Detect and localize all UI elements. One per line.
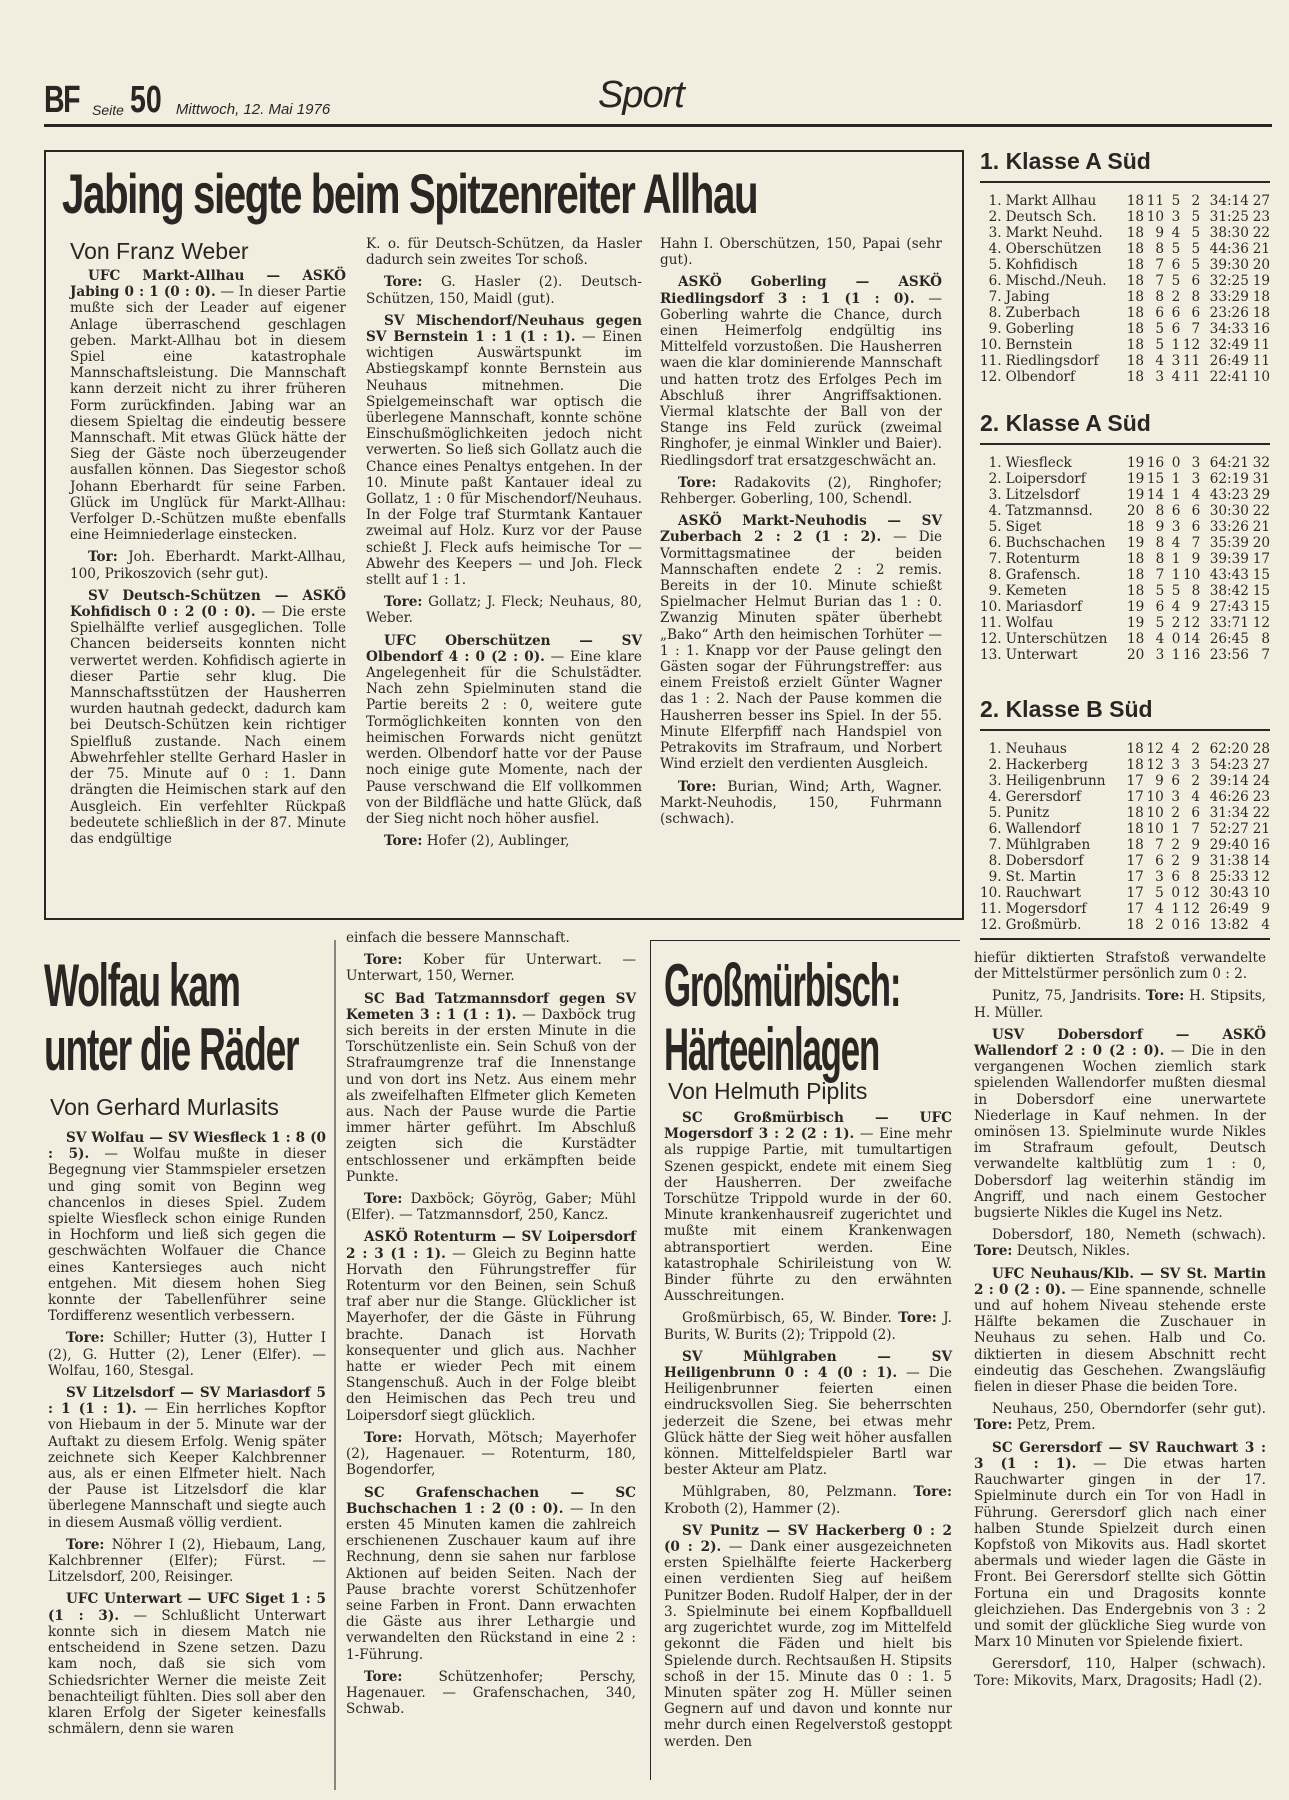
standings-cell: 6 bbox=[1164, 773, 1180, 789]
standings-cell: 23 bbox=[1249, 209, 1270, 225]
standings-cell: Mogersdorf bbox=[1002, 901, 1124, 917]
standings-cell: 43:23 bbox=[1200, 487, 1249, 503]
standings-row: 12.Unterschützen18401426:458 bbox=[980, 631, 1270, 647]
standings-cell: 18 bbox=[1124, 741, 1144, 757]
article-paragraph: Tore: G. Hasler (2). Deutsch-Schützen, 1… bbox=[366, 274, 642, 306]
standings-cell: 5 bbox=[1144, 615, 1164, 631]
standings-cell: 18 bbox=[1249, 289, 1270, 305]
standings-cell: 6 bbox=[1164, 869, 1180, 885]
standings-cell: 18 bbox=[1124, 369, 1144, 385]
standings-row: 3.Litzelsdorf19141443:2329 bbox=[980, 487, 1270, 503]
standings-cell: 15 bbox=[1249, 583, 1270, 599]
standings-cell: 4 bbox=[1164, 369, 1180, 385]
paragraph-text: einfach die bessere Mannschaft. bbox=[346, 930, 570, 946]
article1-top-rule bbox=[44, 150, 964, 152]
standings-cell: Deutsch Sch. bbox=[1002, 209, 1125, 225]
standings-row: 9.St. Martin1736825:3312 bbox=[980, 869, 1270, 885]
standings-cell: 31:38 bbox=[1200, 853, 1249, 869]
standings-cell: Unterschützen bbox=[1002, 631, 1125, 647]
standings-cell: 12 bbox=[1249, 869, 1270, 885]
standings-cell: 6. bbox=[980, 273, 1002, 289]
article3-top-rule bbox=[650, 940, 960, 941]
match-heading: Tore: bbox=[384, 274, 422, 290]
standings-cell: 1 bbox=[1164, 551, 1180, 567]
section-title: Sport bbox=[598, 74, 684, 117]
standings-cell: Neuhaus bbox=[1002, 741, 1124, 757]
standings-cell: 12 bbox=[1180, 615, 1200, 631]
standings-grid: 1.Markt Allhau18115234:14272.Deutsch Sch… bbox=[980, 193, 1270, 385]
newspaper-logo: BF bbox=[44, 82, 74, 118]
standings-cell: 7 bbox=[1249, 647, 1270, 663]
standings-cell: 8 bbox=[1180, 583, 1200, 599]
standings-cell: 3 bbox=[1144, 869, 1164, 885]
standings-cell: 5 bbox=[1180, 257, 1200, 273]
paragraph-text: — Schlußlicht Unterwart konnte sich in d… bbox=[48, 1608, 326, 1737]
standings-cell: 19 bbox=[1124, 599, 1144, 615]
standings-title: 2. Klasse B Süd bbox=[980, 696, 1270, 723]
paragraph-text: Neuhaus, 250, Oberndorfer (sehr gut). bbox=[992, 1401, 1266, 1417]
standings-cell: 62:20 bbox=[1200, 741, 1249, 757]
standings-cell: 54:23 bbox=[1200, 757, 1249, 773]
standings-cell: 11 bbox=[1144, 193, 1164, 209]
standings-cell: 46:26 bbox=[1200, 789, 1249, 805]
standings-row: 1.Neuhaus18124262:2028 bbox=[980, 741, 1270, 757]
article2-column-2: einfach die bessere Mannschaft.Tore: Kob… bbox=[346, 930, 636, 1723]
standings-cell: 27 bbox=[1249, 193, 1270, 209]
standings-row: 11.Wolfau19521233:7112 bbox=[980, 615, 1270, 631]
standings-cell: 9. bbox=[980, 869, 1002, 885]
standings-cell: 4 bbox=[1144, 631, 1164, 647]
standings-cell: 6 bbox=[1164, 305, 1180, 321]
standings-row: 6.Mischd./Neuh.1875632:2519 bbox=[980, 273, 1270, 289]
goals-label: Tore: bbox=[1146, 988, 1184, 1004]
standings-cell: 5 bbox=[1180, 209, 1200, 225]
standings-cell: 32:25 bbox=[1200, 273, 1249, 289]
standings-cell: 17 bbox=[1124, 789, 1144, 805]
article1-byline: Von Franz Weber bbox=[70, 238, 249, 265]
standings-row: 8.Grafensch.18711043:4315 bbox=[980, 567, 1270, 583]
standings-cell: 6 bbox=[1144, 305, 1164, 321]
standings-grid: 1.Wiesfleck19160364:21322.Loipersdorf191… bbox=[980, 455, 1270, 663]
standings-cell: 2. bbox=[980, 757, 1002, 773]
standings-cell: 20 bbox=[1124, 503, 1144, 519]
match-heading: Tore: bbox=[364, 952, 402, 968]
standings-cell: 2 bbox=[1164, 289, 1180, 305]
paragraph-text: — Die erste Spielhälfte verlief ausgegli… bbox=[70, 604, 346, 847]
paragraph-text: Kroboth (2), Hammer (2). bbox=[664, 1501, 840, 1517]
issue-date: Mittwoch, 12. Mai 1976 bbox=[176, 101, 330, 118]
page-label: Seite bbox=[92, 102, 124, 118]
standings-cell: 8 bbox=[1249, 631, 1270, 647]
standings-row: 5.Kohfidisch1876539:3020 bbox=[980, 257, 1270, 273]
standings-row: 10.Bernstein18511232:4911 bbox=[980, 337, 1270, 353]
standings-title: 1. Klasse A Süd bbox=[980, 148, 1270, 175]
standings-rule bbox=[980, 181, 1270, 183]
standings-cell: 26:49 bbox=[1200, 353, 1249, 369]
standings-cell: 27 bbox=[1249, 757, 1270, 773]
standings-cell: 9 bbox=[1144, 773, 1164, 789]
standings-cell: 18 bbox=[1249, 305, 1270, 321]
standings-cell: 62:19 bbox=[1200, 471, 1249, 487]
standings-cell: 12. bbox=[980, 917, 1002, 933]
standings-cell: 10. bbox=[980, 337, 1002, 353]
standings-cell: 18 bbox=[1124, 583, 1144, 599]
paragraph-text: Gerersdorf, 110, Halper (schwach). Tore:… bbox=[974, 1656, 1266, 1688]
standings-cell: 14 bbox=[1144, 487, 1164, 503]
standings-cell: 6 bbox=[1180, 805, 1200, 821]
standings-cell: 12 bbox=[1144, 741, 1164, 757]
article-paragraph: Tore: Schiller; Hutter (3), Hutter I (2)… bbox=[48, 1330, 326, 1379]
paragraph-text: Petz, Prem. bbox=[1012, 1417, 1095, 1433]
standings-row: 9.Kemeten1855838:4215 bbox=[980, 583, 1270, 599]
standings-cell: 26:45 bbox=[1200, 631, 1249, 647]
standings-cell: 20 bbox=[1124, 647, 1144, 663]
standings-bottom-rule bbox=[980, 938, 1270, 940]
standings-cell: 10 bbox=[1180, 567, 1200, 583]
paragraph-text: hiefür diktierten Strafstoß verwandelte … bbox=[974, 950, 1266, 982]
standings-cell: 18 bbox=[1124, 353, 1144, 369]
standings-row: 12.Olbendorf18341122:4110 bbox=[980, 369, 1270, 385]
standings-cell: 4 bbox=[1164, 535, 1180, 551]
standings-cell: Rotenturm bbox=[1002, 551, 1125, 567]
standings-cell: 31:34 bbox=[1200, 805, 1249, 821]
standings-cell: 5. bbox=[980, 805, 1002, 821]
match-heading: Tore: bbox=[384, 833, 422, 849]
standings-row: 3.Heiligenbrunn1796239:1424 bbox=[980, 773, 1270, 789]
standings-cell: 9 bbox=[1249, 901, 1270, 917]
article-paragraph: Gerersdorf, 110, Halper (schwach). Tore:… bbox=[974, 1656, 1266, 1688]
standings-cell: 43:43 bbox=[1200, 567, 1249, 583]
standings-row: 2.Hackerberg18123354:2327 bbox=[980, 757, 1270, 773]
article-paragraph: SV Mühlgraben — SV Heiligenbrunn 0 : 4 (… bbox=[664, 1349, 952, 1479]
standings-cell: 23:26 bbox=[1200, 305, 1249, 321]
standings-table: 2. Klasse A Süd1.Wiesfleck19160364:21322… bbox=[980, 410, 1270, 663]
standings-cell: 4 bbox=[1144, 901, 1164, 917]
article-paragraph: Dobersdorf, 180, Nemeth (schwach). Tore:… bbox=[974, 1227, 1266, 1259]
standings-cell: 10 bbox=[1144, 805, 1164, 821]
standings-cell: 1 bbox=[1164, 567, 1180, 583]
standings-cell: 8 bbox=[1180, 869, 1200, 885]
standings-cell: Punitz bbox=[1002, 805, 1124, 821]
paragraph-text: — Goberling wahrte die Chance, durch ein… bbox=[660, 291, 942, 469]
article1-bottom-rule bbox=[44, 918, 964, 920]
standings-cell: 3 bbox=[1144, 369, 1164, 385]
standings-cell: 7 bbox=[1180, 821, 1200, 837]
article-paragraph: K. o. für Deutsch-Schützen, da Hasler da… bbox=[366, 236, 642, 268]
standings-cell: 4 bbox=[1180, 789, 1200, 805]
paragraph-text: — Daxböck trug sich bereits in der erste… bbox=[346, 1007, 636, 1185]
standings-cell: 2. bbox=[980, 209, 1002, 225]
standings-cell: 16 bbox=[1249, 837, 1270, 853]
standings-cell: 25:33 bbox=[1200, 869, 1249, 885]
paragraph-text: — Die in den vergangenen Wochen ziemlich… bbox=[974, 1043, 1266, 1221]
standings-cell: 22 bbox=[1249, 805, 1270, 821]
article-paragraph: UFC Oberschützen — SV Olbendorf 4 : 0 (2… bbox=[366, 633, 642, 827]
standings-rule bbox=[980, 729, 1270, 731]
standings-cell: 6 bbox=[1144, 599, 1164, 615]
standings-cell: Kohfidisch bbox=[1002, 257, 1125, 273]
standings-row: 6.Buchschachen1984735:3920 bbox=[980, 535, 1270, 551]
article-paragraph: Tore: Daxböck; Göyrög, Gaber; Mühl (Elfe… bbox=[346, 1191, 636, 1223]
standings-cell: 4. bbox=[980, 241, 1002, 257]
standings-cell: 11 bbox=[1249, 353, 1270, 369]
standings-cell: 8. bbox=[980, 305, 1002, 321]
standings-cell: 17 bbox=[1124, 901, 1144, 917]
standings-cell: 18 bbox=[1124, 289, 1144, 305]
standings-cell: 8 bbox=[1144, 289, 1164, 305]
standings-cell: Wolfau bbox=[1002, 615, 1125, 631]
standings-cell: 5 bbox=[1164, 241, 1180, 257]
standings-cell: 11. bbox=[980, 901, 1002, 917]
standings-cell: Kemeten bbox=[1002, 583, 1125, 599]
standings-row: 1.Markt Allhau18115234:1427 bbox=[980, 193, 1270, 209]
standings-cell: Litzelsdorf bbox=[1002, 487, 1125, 503]
standings-cell: 8 bbox=[1144, 503, 1164, 519]
standings-cell: 8 bbox=[1144, 551, 1164, 567]
standings-cell: Loipersdorf bbox=[1002, 471, 1125, 487]
standings-cell: 7. bbox=[980, 289, 1002, 305]
standings-cell: 33:71 bbox=[1200, 615, 1249, 631]
standings-cell: 16 bbox=[1180, 917, 1200, 933]
match-heading: Tore: bbox=[364, 1430, 402, 1446]
standings-cell: 2 bbox=[1164, 805, 1180, 821]
standings-cell: 5 bbox=[1144, 321, 1164, 337]
article-paragraph: SV Mischendorf/Neuhaus gegen SV Bernstei… bbox=[366, 313, 642, 588]
article-paragraph: SC Grafenschachen — SC Buchschachen 1 : … bbox=[346, 1485, 636, 1663]
standings-cell: 6 bbox=[1180, 273, 1200, 289]
standings-row: 12.Großmürb.18201613:824 bbox=[980, 917, 1270, 933]
standings-cell: 0 bbox=[1164, 917, 1180, 933]
standings-cell: 3 bbox=[1180, 757, 1200, 773]
standings-cell: 18 bbox=[1124, 567, 1144, 583]
standings-cell: 30:30 bbox=[1200, 503, 1249, 519]
standings-cell: 4 bbox=[1144, 353, 1164, 369]
article-paragraph: einfach die bessere Mannschaft. bbox=[346, 930, 636, 946]
paragraph-text: Deutsch, Nikles. bbox=[1012, 1243, 1130, 1259]
paragraph-text: Dobersdorf, 180, Nemeth (schwach). bbox=[992, 1227, 1266, 1243]
standings-cell: 1 bbox=[1164, 487, 1180, 503]
standings-cell: 64:21 bbox=[1200, 455, 1249, 471]
standings-cell: 29 bbox=[1249, 487, 1270, 503]
standings-cell: 11 bbox=[1249, 337, 1270, 353]
article2-headline-line-2: unter die Räder bbox=[44, 1020, 298, 1080]
standings-cell: 20 bbox=[1249, 535, 1270, 551]
standings-cell: 29:40 bbox=[1200, 837, 1249, 853]
paragraph-text: — Eine klare Angelegenheit für die Schul… bbox=[366, 649, 642, 827]
article-paragraph: USV Dobersdorf — ASKÖ Wallendorf 2 : 0 (… bbox=[974, 1027, 1266, 1221]
standings-cell: 2 bbox=[1144, 917, 1164, 933]
standings-row: 13.Unterwart20311623:567 bbox=[980, 647, 1270, 663]
standings-cell: 2 bbox=[1164, 853, 1180, 869]
standings-cell: 12 bbox=[1249, 615, 1270, 631]
article-paragraph: SC Gerersdorf — SV Rauchwart 3 : 3 (1 : … bbox=[974, 1440, 1266, 1651]
standings-cell: 8 bbox=[1144, 241, 1164, 257]
article3-headline-line-2: Härteeinlagen bbox=[664, 1020, 879, 1080]
standings-cell: 14 bbox=[1249, 853, 1270, 869]
goals-label: Tore: bbox=[898, 1310, 936, 1326]
standings-cell: 17 bbox=[1124, 885, 1144, 901]
article-paragraph: SV Punitz — SV Hackerberg 0 : 2 (0 : 2).… bbox=[664, 1523, 952, 1750]
standings-cell: 5 bbox=[1144, 583, 1164, 599]
standings-cell: 9 bbox=[1180, 837, 1200, 853]
match-heading: Tore: bbox=[678, 475, 716, 491]
standings-cell: 12 bbox=[1180, 337, 1200, 353]
article-paragraph: ASKÖ Goberling — ASKÖ Riedlingsdorf 3 : … bbox=[660, 274, 942, 468]
standings-cell: 6 bbox=[1180, 519, 1200, 535]
standings-row: 7.Jabing1882833:2918 bbox=[980, 289, 1270, 305]
article-paragraph: Tor: Joh. Eberhardt. Markt-Allhau, 100, … bbox=[70, 549, 346, 581]
standings-cell: 18 bbox=[1124, 225, 1144, 241]
standings-cell: Bernstein bbox=[1002, 337, 1125, 353]
standings-cell: 31:25 bbox=[1200, 209, 1249, 225]
standings-cell: Dobersdorf bbox=[1002, 853, 1124, 869]
standings-cell: 14 bbox=[1180, 631, 1200, 647]
standings-cell: Unterwart bbox=[1002, 647, 1125, 663]
standings-cell: 33:26 bbox=[1200, 519, 1249, 535]
standings-cell: Buchschachen bbox=[1002, 535, 1125, 551]
standings-cell: 19 bbox=[1124, 487, 1144, 503]
standings-cell: 31 bbox=[1249, 471, 1270, 487]
article-paragraph: UFC Neuhaus/Klb. — SV St. Martin 2 : 0 (… bbox=[974, 1266, 1266, 1396]
standings-cell: 22 bbox=[1249, 503, 1270, 519]
standings-cell: 10 bbox=[1144, 789, 1164, 805]
standings-cell: 6 bbox=[1144, 853, 1164, 869]
standings-row: 10.Mariasdorf1964927:4315 bbox=[980, 599, 1270, 615]
standings-cell: 9 bbox=[1144, 225, 1164, 241]
standings-cell: 11 bbox=[1180, 369, 1200, 385]
page-number: 50 bbox=[130, 82, 160, 118]
article1-left-rule bbox=[44, 150, 46, 920]
standings-cell: 10 bbox=[1144, 821, 1164, 837]
standings-cell: 7. bbox=[980, 551, 1002, 567]
standings-row: 4.Gerersdorf17103446:2623 bbox=[980, 789, 1270, 805]
goals-label: Tore: bbox=[974, 1243, 1012, 1259]
standings-cell: Tatzmannsd. bbox=[1002, 503, 1125, 519]
standings-cell: 12. bbox=[980, 369, 1002, 385]
standings-cell: 11. bbox=[980, 353, 1002, 369]
article-paragraph: Tore: Gollatz; J. Fleck; Neuhaus, 80, We… bbox=[366, 594, 642, 626]
standings-cell: Mühlgraben bbox=[1002, 837, 1124, 853]
standings-cell: 18 bbox=[1124, 805, 1144, 821]
standings-cell: 9. bbox=[980, 583, 1002, 599]
standings-row: 9.Goberling1856734:3316 bbox=[980, 321, 1270, 337]
standings-cell: 5 bbox=[1144, 337, 1164, 353]
standings-cell: 2 bbox=[1180, 741, 1200, 757]
standings-cell: 44:36 bbox=[1200, 241, 1249, 257]
standings-table: 2. Klasse B Süd1.Neuhaus18124262:20282.H… bbox=[980, 696, 1270, 933]
standings-cell: 6 bbox=[1180, 503, 1200, 519]
article-paragraph: Tore: Nöhrer I (2), Hiebaum, Lang, Kalch… bbox=[48, 1537, 326, 1586]
standings-cell: Wiesfleck bbox=[1002, 455, 1125, 471]
article-paragraph: Hahn I. Oberschützen, 150, Papai (sehr g… bbox=[660, 236, 942, 268]
article2-byline: Von Gerhard Murlasits bbox=[50, 1094, 279, 1121]
standings-row: 7.Mühlgraben1872929:4016 bbox=[980, 837, 1270, 853]
standings-row: 2.Loipersdorf19151362:1931 bbox=[980, 471, 1270, 487]
standings-cell: 18 bbox=[1124, 821, 1144, 837]
standings-title: 2. Klasse A Süd bbox=[980, 410, 1270, 437]
standings-cell: 5 bbox=[1144, 885, 1164, 901]
paragraph-text: — Ein herrliches Kopftor von Hiebaum in … bbox=[48, 1401, 326, 1530]
standings-cell: Oberschützen bbox=[1002, 241, 1125, 257]
standings-cell: 18 bbox=[1124, 551, 1144, 567]
standings-cell: 7 bbox=[1144, 273, 1164, 289]
standings-cell: 1 bbox=[1164, 647, 1180, 663]
standings-cell: 1 bbox=[1164, 901, 1180, 917]
standings-row: 11.Riedlingsdorf18431126:4911 bbox=[980, 353, 1270, 369]
standings-cell: 19 bbox=[1249, 273, 1270, 289]
standings-cell: 32:49 bbox=[1200, 337, 1249, 353]
article1-right-rule bbox=[962, 150, 964, 920]
standings-cell: 3 bbox=[1164, 353, 1180, 369]
standings-row: 5.Punitz18102631:3422 bbox=[980, 805, 1270, 821]
standings-cell: Heiligenbrunn bbox=[1002, 773, 1124, 789]
standings-cell: Großmürb. bbox=[1002, 917, 1124, 933]
standings-cell: 6 bbox=[1164, 321, 1180, 337]
standings-cell: Zuberbach bbox=[1002, 305, 1125, 321]
article-paragraph: UFC Markt-Allhau — ASKÖ Jabing 0 : 1 (0 … bbox=[70, 268, 346, 543]
standings-cell: 8 bbox=[1144, 535, 1164, 551]
standings-cell: 30:43 bbox=[1200, 885, 1249, 901]
standings-row: 1.Wiesfleck19160364:2132 bbox=[980, 455, 1270, 471]
standings-cell: 18 bbox=[1124, 321, 1144, 337]
paragraph-text: Hofer (2), Aublinger, bbox=[422, 833, 569, 849]
standings-cell: 15 bbox=[1249, 599, 1270, 615]
standings-cell: 8 bbox=[1180, 289, 1200, 305]
goals-label: Tore: bbox=[914, 1484, 952, 1500]
standings-cell: Mariasdorf bbox=[1002, 599, 1125, 615]
standings-cell: 4. bbox=[980, 503, 1002, 519]
match-heading: Tore: bbox=[364, 1669, 402, 1685]
article-paragraph: Tore: Schützenhofer; Perschy, Hagenauer.… bbox=[346, 1669, 636, 1718]
standings-cell: 7. bbox=[980, 837, 1002, 853]
standings-cell: 11 bbox=[1180, 353, 1200, 369]
standings-cell: 35:39 bbox=[1200, 535, 1249, 551]
standings-cell: 8. bbox=[980, 853, 1002, 869]
standings-row: 2.Deutsch Sch.18103531:2523 bbox=[980, 209, 1270, 225]
standings-cell: 12 bbox=[1180, 885, 1200, 901]
standings-cell: 5. bbox=[980, 257, 1002, 273]
standings-cell: 1 bbox=[1164, 337, 1180, 353]
article-paragraph: Neuhaus, 250, Oberndorfer (sehr gut). To… bbox=[974, 1401, 1266, 1433]
standings-cell: 3 bbox=[1164, 209, 1180, 225]
standings-cell: Rauchwart bbox=[1002, 885, 1124, 901]
goals-label: Tore: bbox=[974, 1417, 1012, 1433]
article3-left-rule bbox=[650, 940, 651, 1780]
paragraph-text: — In dieser Partie mußte sich der Leader… bbox=[70, 284, 346, 543]
standings-cell: 2 bbox=[1180, 773, 1200, 789]
standings-cell: 18 bbox=[1124, 257, 1144, 273]
standings-cell: 20 bbox=[1249, 257, 1270, 273]
standings-cell: 38:30 bbox=[1200, 225, 1249, 241]
standings-cell: 5 bbox=[1164, 273, 1180, 289]
article-paragraph: hiefür diktierten Strafstoß verwandelte … bbox=[974, 950, 1266, 982]
standings-cell: 3 bbox=[1144, 647, 1164, 663]
article-paragraph: Punitz, 75, Jandrisits. Tore: H. Stipsit… bbox=[974, 988, 1266, 1020]
standings-cell: 9 bbox=[1180, 599, 1200, 615]
standings-cell: 0 bbox=[1164, 631, 1180, 647]
standings-cell: 18 bbox=[1124, 631, 1144, 647]
standings-cell: 34:14 bbox=[1200, 193, 1249, 209]
paragraph-text: — Einen wichtigen Auswärtspunkt im Absti… bbox=[366, 329, 642, 588]
standings-cell: 4 bbox=[1180, 487, 1200, 503]
match-heading: Tore: bbox=[678, 779, 716, 795]
article1-headline: Jabing siegte beim Spitzenreiter Allhau bbox=[62, 166, 757, 222]
standings-cell: Olbendorf bbox=[1002, 369, 1125, 385]
article3-byline: Von Helmuth Piplits bbox=[668, 1078, 867, 1105]
standings-cell: 16 bbox=[1249, 321, 1270, 337]
standings-cell: 19 bbox=[1124, 535, 1144, 551]
standings-cell: 2 bbox=[1164, 615, 1180, 631]
